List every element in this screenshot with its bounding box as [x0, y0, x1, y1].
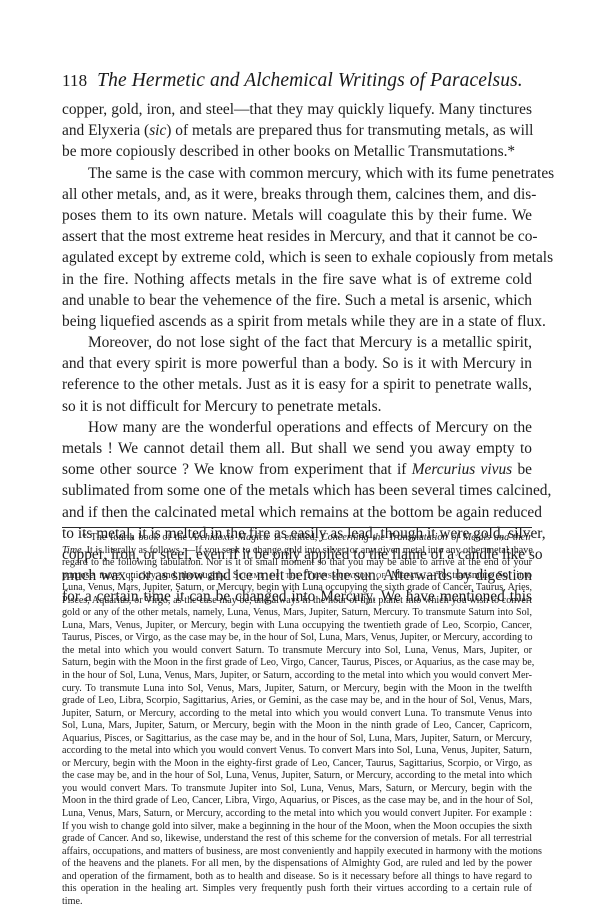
- footnote-line: gold or any of the other metals, namely,…: [62, 607, 532, 620]
- footnote-line: affairs, occupations, and matters of bus…: [62, 846, 532, 859]
- paragraph-start: Moreover, do not lose sight of the fact …: [62, 332, 532, 353]
- body-line: agulated except by extreme cold, which i…: [62, 247, 532, 268]
- paragraph-start: The same is the case with common mercury…: [62, 163, 532, 184]
- footnote-line: Aquarius, Pisces, or Sagittarius, as the…: [62, 733, 532, 746]
- body-line: reference to the other metals. Just as i…: [62, 374, 532, 395]
- footnote-line: or Mercury, begin with the Moon in the e…: [62, 758, 532, 771]
- footnote-line: according to the metal into which you wo…: [62, 745, 532, 758]
- body-line: and unable to bear the vehemence of the …: [62, 290, 532, 311]
- footnote-line: grade of Cancer. And so, likewise, under…: [62, 833, 532, 846]
- book-title-italic: Archidoxis Magicæ: [191, 532, 271, 543]
- chapter-title-italic: Concerning the Transmutation of Metals a…: [321, 532, 532, 543]
- footnote-line: in the hour of Sol, Luna, Venus, Mars, J…: [62, 670, 532, 683]
- footnote-line: cury. To transmute Luna into Sol, Venus,…: [62, 683, 532, 696]
- body-line: metals ! We cannot detail them all. But …: [62, 438, 532, 459]
- footnote-line: regard to the following tabulation. Nor …: [62, 557, 532, 570]
- footnote-line: the case may be, and in the hour of Sol,…: [62, 770, 532, 783]
- footnote-line: Luna, Venus, Mars, Saturn, or Mercury, a…: [62, 808, 532, 821]
- body-line: all other metals, and, as it were, break…: [62, 184, 532, 205]
- footnote-line: time.: [62, 896, 532, 909]
- footnote-line: Saturn, begin with the Moon in the first…: [62, 657, 532, 670]
- body-line: so it is not difficult for Mercury to pe…: [62, 396, 532, 417]
- footnote-line: Pisces, Aquarius, or Virgo, as the case …: [62, 595, 532, 608]
- running-head-title: The Hermetic and Alchemical Writings of …: [97, 70, 523, 91]
- body-line: poses them to its own nature. Metals wil…: [62, 205, 532, 226]
- body-line: be more copiously described in other boo…: [62, 141, 532, 162]
- footnote-line: grade of Leo, Libra, Scorpio, Sagittariu…: [62, 695, 532, 708]
- mercurius-vivus-italic: Mercurius vivus: [412, 461, 512, 478]
- footnote-line: of the heavens and the planets. For all …: [62, 858, 532, 871]
- body-line: in the fire. Nothing affects metals in t…: [62, 269, 532, 290]
- footnote-line: the metal into which you would convert S…: [62, 645, 532, 658]
- footnote-line: this operation in the healing art. Simpl…: [62, 883, 532, 896]
- body-line: copper, gold, iron, and steel—that they …: [62, 99, 532, 120]
- paragraph-start: How many are the wonderful operations an…: [62, 417, 532, 438]
- footnote-line: Moon in the third grade of Leo, Cancer, …: [62, 795, 532, 808]
- footnote-line: you would convert Mars. To transmute Jup…: [62, 783, 532, 796]
- body-line: assert that the most extreme heat reside…: [62, 226, 532, 247]
- footnote-line: Sol, Luna, Mars, Jupiter, Saturn, or Mer…: [62, 720, 532, 733]
- running-head: 118The Hermetic and Alchemical Writings …: [62, 70, 532, 92]
- footnote-line: Jupiter, Saturn, or Mercury, according t…: [62, 708, 532, 721]
- footnote-line: Time. It is literally as follows :—If yo…: [62, 545, 532, 558]
- scan-speck: [488, 873, 490, 875]
- footnote-line: purpose more quickly and thoroughly. Sch…: [62, 570, 532, 583]
- footnote-line: and operation of the firmament, both as …: [62, 871, 532, 884]
- body-line: being liquefied ascends as a spirit from…: [62, 311, 532, 332]
- scheme-heading: Scheme of the Transmutation of Metals.: [233, 570, 426, 581]
- footnote: * The fourth book of the Archidoxis Magi…: [62, 532, 532, 908]
- footnote-line: Luna, Venus, Mars, Jupiter, Saturn, or M…: [62, 582, 532, 595]
- body-line: and Elyxeria (sic) of metals are prepare…: [62, 120, 532, 141]
- footnote-divider: [62, 527, 532, 528]
- footnote-line: Taurus, Pisces, or Virgo, as the case ma…: [62, 632, 532, 645]
- footnote-line: If you wish to change gold into silver, …: [62, 821, 532, 834]
- body-line: sublimated from some one of the metals w…: [62, 480, 532, 501]
- body-line: some other source ? We know from experim…: [62, 459, 532, 480]
- footnote-line: Luna, Mars, Venus, Jupiter, or Mercury, …: [62, 620, 532, 633]
- body-line: and if then the calcinated metal which r…: [62, 502, 532, 523]
- body-line: and that every spirit is more powerful t…: [62, 353, 532, 374]
- sic-italic: sic: [149, 122, 166, 139]
- page-number: 118: [62, 71, 87, 90]
- footnote-line: * The fourth book of the Archidoxis Magi…: [62, 532, 532, 545]
